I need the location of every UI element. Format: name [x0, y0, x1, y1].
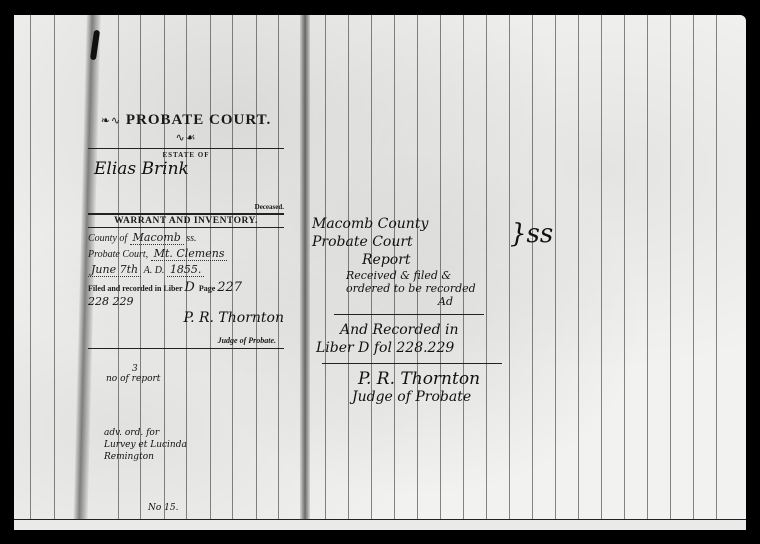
county-line: County of Macomb ss.: [88, 231, 284, 244]
court-value: Mt. Clemens: [151, 247, 228, 261]
filed-label: Filed and recorded in Liber: [88, 284, 182, 293]
note-number: 3: [132, 364, 160, 374]
note-report: 3 no of report: [106, 364, 160, 384]
ornament-right-icon: ∿☙: [175, 132, 196, 144]
liber-value: D: [184, 280, 194, 295]
endorsement-court: Probate Court: [312, 233, 522, 251]
county-label: County of: [88, 233, 127, 244]
endorsement-recorded: And Recorded in: [340, 321, 522, 339]
date-value: June 7th: [88, 263, 141, 277]
estate-name: Elias Brink: [94, 159, 284, 183]
page-value: 227: [217, 280, 242, 295]
note-block-line: Lurvey et Lucinda: [104, 439, 187, 451]
ruled-line: [624, 15, 625, 530]
court-line: Probate Court, Mt. Clemens: [88, 247, 284, 260]
ruled-line: [54, 15, 55, 530]
date-line: June 7th A. D. 1855.: [88, 263, 284, 276]
footer-note: No 15.: [148, 503, 178, 513]
judge-label: Judge of Probate.: [88, 336, 284, 345]
county-suffix: ss.: [186, 233, 196, 244]
bottom-edge-strip: [14, 519, 746, 530]
endorsement-signature: P. R. Thornton: [358, 370, 522, 388]
deceased-label: Deceased.: [88, 203, 284, 211]
ruled-line: [693, 15, 694, 530]
endorsement-divider: [334, 314, 484, 315]
county-value: Macomb: [130, 231, 184, 245]
court-label: Probate Court,: [88, 249, 148, 260]
endorsement-judge-title: Judge of Probate: [352, 388, 522, 406]
section-title: WARRANT AND INVENTORY.: [88, 213, 284, 228]
endorsement-received: Received & filed &: [346, 269, 522, 282]
ruled-line: [601, 15, 602, 530]
form-bottom-rule: [88, 348, 284, 349]
ornament-left-icon: ❧∿: [101, 115, 121, 127]
probate-form: ❧∿ PROBATE COURT. ∿☙ ESTATE OF Elias Bri…: [88, 112, 284, 349]
endorsement: Macomb County Probate Court }ss Report R…: [312, 215, 522, 406]
brace-ss: }ss: [510, 219, 553, 249]
endorsement-report: Report: [362, 251, 522, 269]
filed-line: Filed and recorded in Liber D Page 227: [88, 280, 284, 295]
form-title: ❧∿ PROBATE COURT. ∿☙: [88, 112, 284, 149]
endorsement-ad: Ad: [438, 295, 522, 308]
ruled-line: [716, 15, 717, 530]
note-block: adv. ord. for Lurvey et Lucinda Remingto…: [104, 427, 187, 463]
page-label: Page: [199, 284, 215, 293]
endorsement-ordered: ordered to be recorded: [346, 282, 522, 295]
note-block-line: adv. ord. for: [104, 427, 187, 439]
note-line: no of report: [106, 374, 160, 384]
year-value: 1855.: [167, 263, 205, 277]
endorsement-divider-2: [322, 363, 502, 364]
ruled-line: [532, 15, 533, 530]
endorsement-county: Macomb County: [312, 215, 522, 233]
ruled-line: [555, 15, 556, 530]
center-fold-crease: [300, 15, 310, 530]
form-title-text: PROBATE COURT.: [126, 112, 271, 128]
ad-label: A. D.: [144, 265, 165, 276]
note-block-line: Remington: [104, 451, 187, 463]
ruled-line: [647, 15, 648, 530]
ruled-line: [30, 15, 31, 530]
estate-of-label: ESTATE OF: [88, 151, 284, 159]
ruled-line: [670, 15, 671, 530]
endorsement-liber: Liber D fol 228.229: [316, 339, 522, 357]
pages-continued: 228 229: [88, 295, 284, 308]
ruled-line: [578, 15, 579, 530]
judge-signature: P. R. Thornton: [88, 310, 284, 326]
